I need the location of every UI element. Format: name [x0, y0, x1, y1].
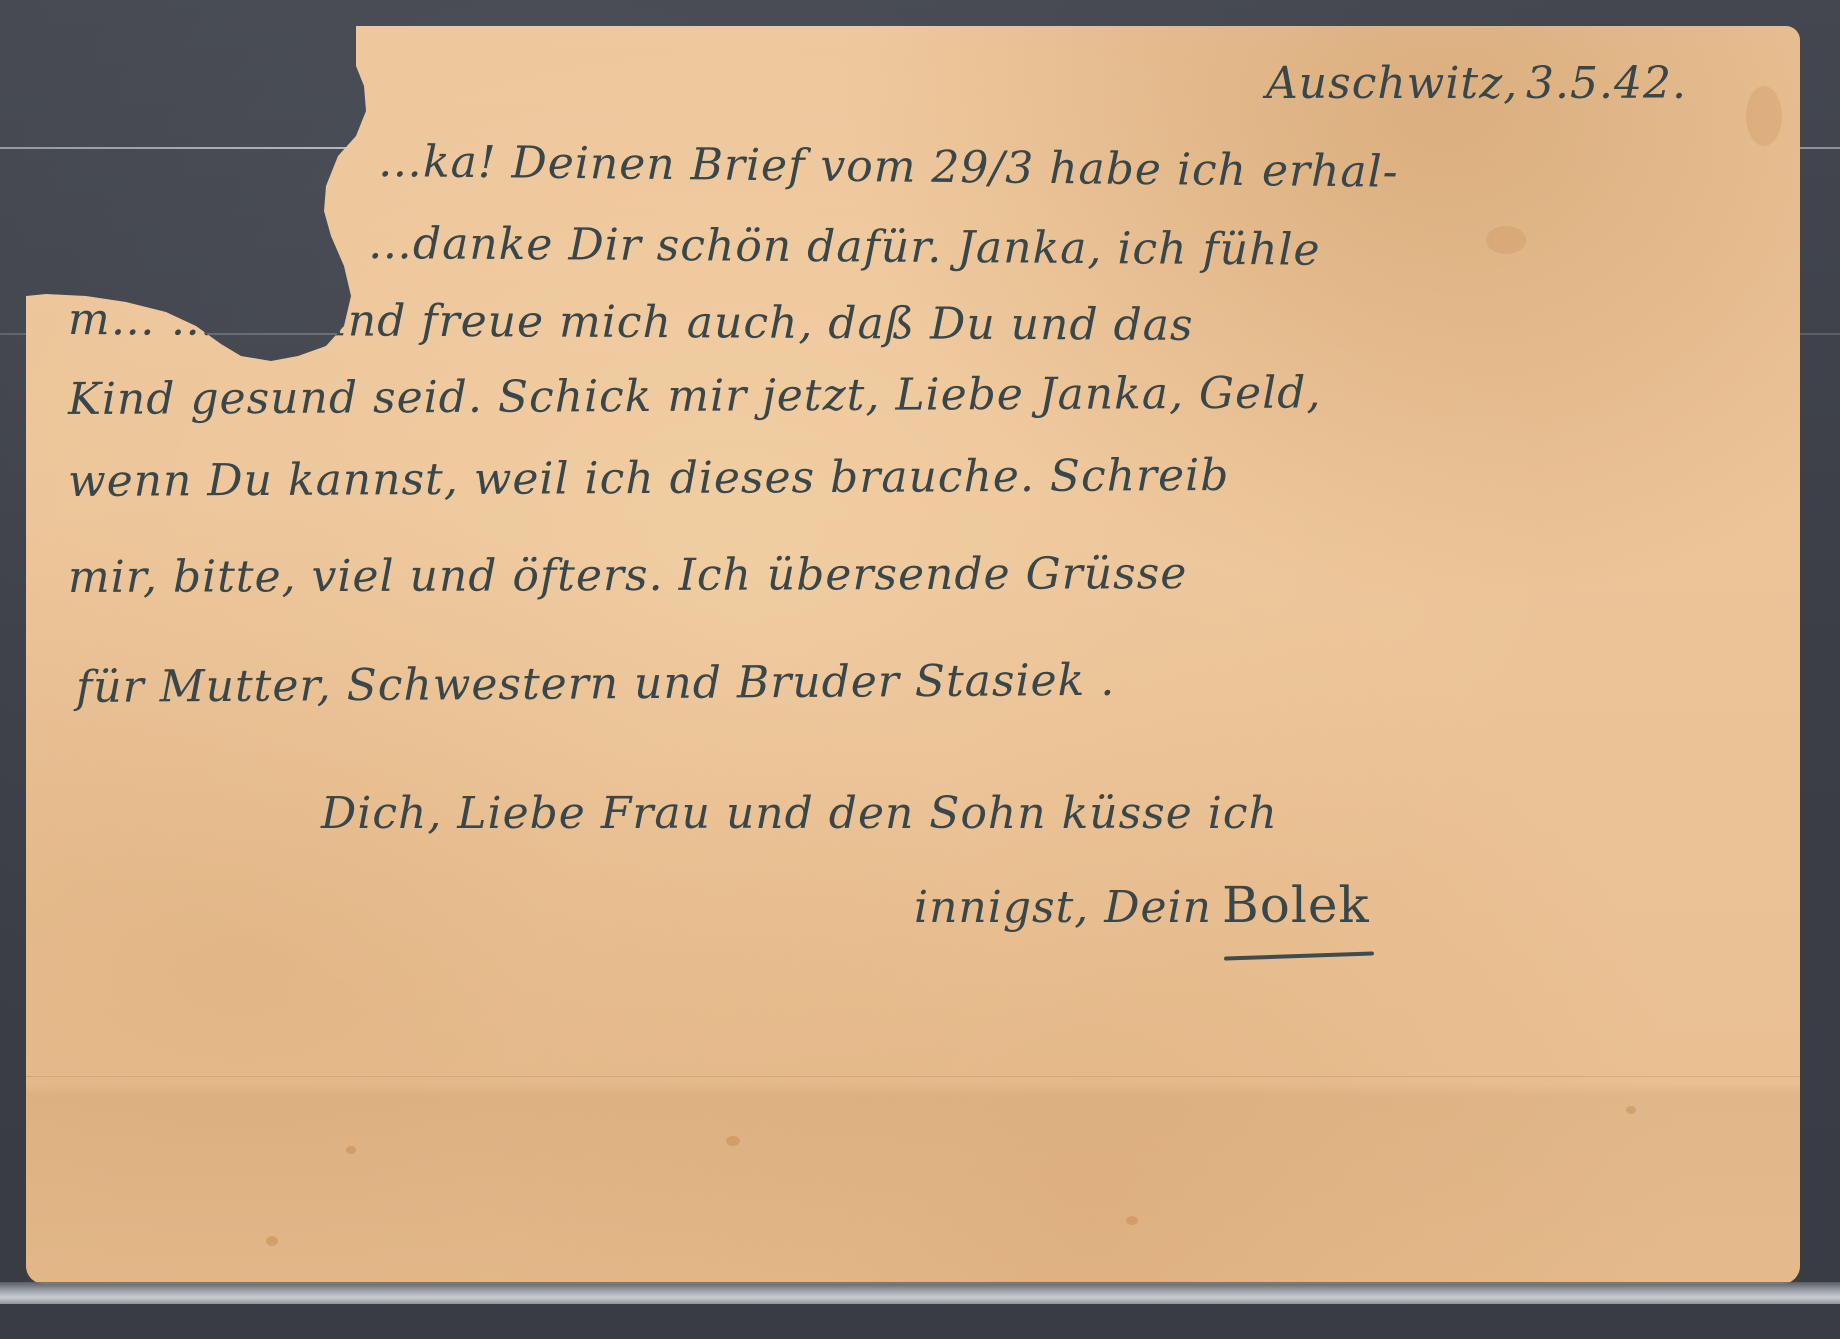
- letter-line-6: mir, bitte, viel und öfters. Ich übersen…: [68, 548, 1187, 603]
- closing-line-2: innigst, Dein: [914, 882, 1212, 933]
- foxing-speck: [266, 1236, 278, 1246]
- letter-line-5: wenn Du kannst, weil ich dieses brauche.…: [68, 450, 1230, 507]
- foxing-speck: [346, 1146, 356, 1154]
- foxing-speck: [1126, 1216, 1138, 1225]
- foxing-speck: [1626, 1106, 1636, 1114]
- signature-underline: [1224, 951, 1374, 960]
- foxing-stain: [1746, 86, 1782, 146]
- place-text: Auschwitz,: [1266, 58, 1518, 109]
- letter-line-2: …danke Dir schön dafür. Janka, ich fühle: [368, 218, 1321, 276]
- letter-line-7: für Mutter, Schwestern und Bruder Stasie…: [76, 655, 1116, 713]
- date-text: 3.5.42.: [1526, 58, 1687, 109]
- sleeve-edge-bottom: [0, 1282, 1840, 1304]
- foxing-speck: [726, 1136, 740, 1146]
- signature: Bolek: [1222, 876, 1370, 934]
- letter-line-1: …ka! Deinen Brief vom 29/3 habe ich erha…: [378, 136, 1399, 198]
- letter-line-4: Kind gesund seid. Schick mir jetzt, Lieb…: [68, 367, 1322, 425]
- closing-line-1: Dich, Liebe Frau und den Sohn küsse ich: [321, 788, 1278, 839]
- fold-line: [26, 1076, 1800, 1077]
- foxing-stain: [1486, 226, 1526, 254]
